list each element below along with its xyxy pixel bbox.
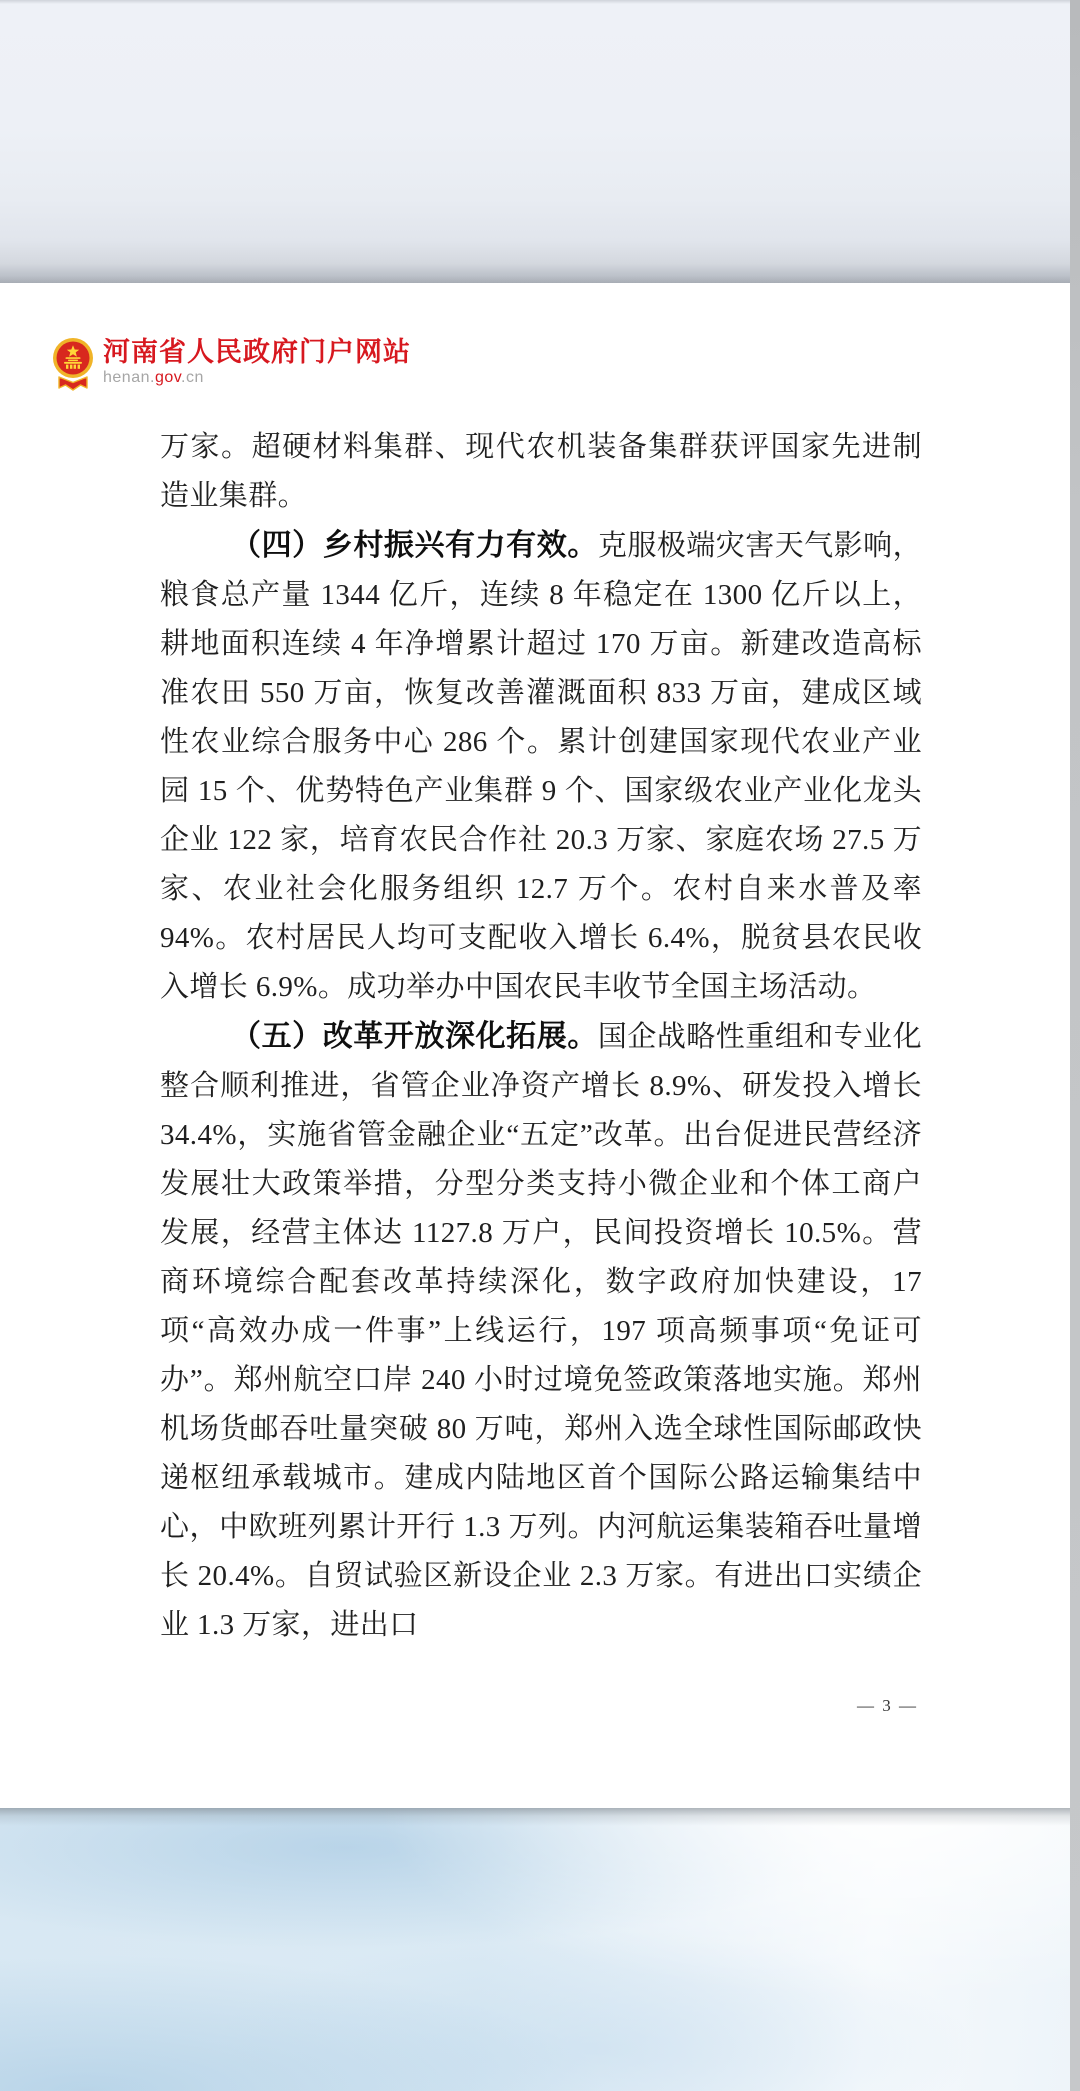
- document-page: 河南省人民政府门户网站 henan.gov.cn 万家。超硬材料集群、现代农机装…: [0, 283, 1080, 1808]
- page: 河南省人民政府门户网站 henan.gov.cn 万家。超硬材料集群、现代农机装…: [0, 0, 1080, 2091]
- site-domain: henan.gov.cn: [103, 369, 411, 387]
- paragraph-text: 克服极端灾害天气影响，粮食总产量 1344 亿斤，连续 8 年稳定在 1300 …: [160, 530, 922, 1003]
- paragraph-section-5: （五）改革开放深化拓展。国企战略性重组和专业化整合顺利推进，省管企业净资产增长 …: [160, 1012, 922, 1650]
- document-body: 万家。超硬材料集群、现代农机装备集群获评国家先进制造业集群。 （四）乡村振兴有力…: [160, 423, 922, 1650]
- section-heading: （五）改革开放深化拓展。: [231, 1020, 598, 1053]
- scrollbar-track[interactable]: [1070, 0, 1080, 2091]
- top-background-band: [0, 0, 1080, 283]
- site-title: 河南省人民政府门户网站: [103, 337, 411, 367]
- site-text: 河南省人民政府门户网站 henan.gov.cn: [103, 336, 411, 387]
- site-domain-prefix: henan.: [103, 369, 155, 386]
- site-logo[interactable]: 河南省人民政府门户网站 henan.gov.cn: [52, 336, 411, 394]
- paragraph-text: 万家。超硬材料集群、现代农机装备集群获评国家先进制造业集群。: [160, 431, 922, 512]
- national-emblem-icon: [52, 336, 94, 394]
- paragraph-continuation: 万家。超硬材料集群、现代农机装备集群获评国家先进制造业集群。: [160, 423, 922, 521]
- bottom-background-band: [0, 1808, 1080, 2091]
- paragraph-text: 国企战略性重组和专业化整合顺利推进，省管企业净资产增长 8.9%、研发投入增长 …: [160, 1021, 922, 1641]
- paragraph-section-4: （四）乡村振兴有力有效。克服极端灾害天气影响，粮食总产量 1344 亿斤，连续 …: [160, 521, 922, 1012]
- site-domain-suffix: .cn: [181, 369, 204, 386]
- page-number: — 3 —: [160, 1696, 918, 1716]
- site-domain-gov: gov: [155, 369, 181, 386]
- section-heading: （四）乡村振兴有力有效。: [231, 529, 598, 562]
